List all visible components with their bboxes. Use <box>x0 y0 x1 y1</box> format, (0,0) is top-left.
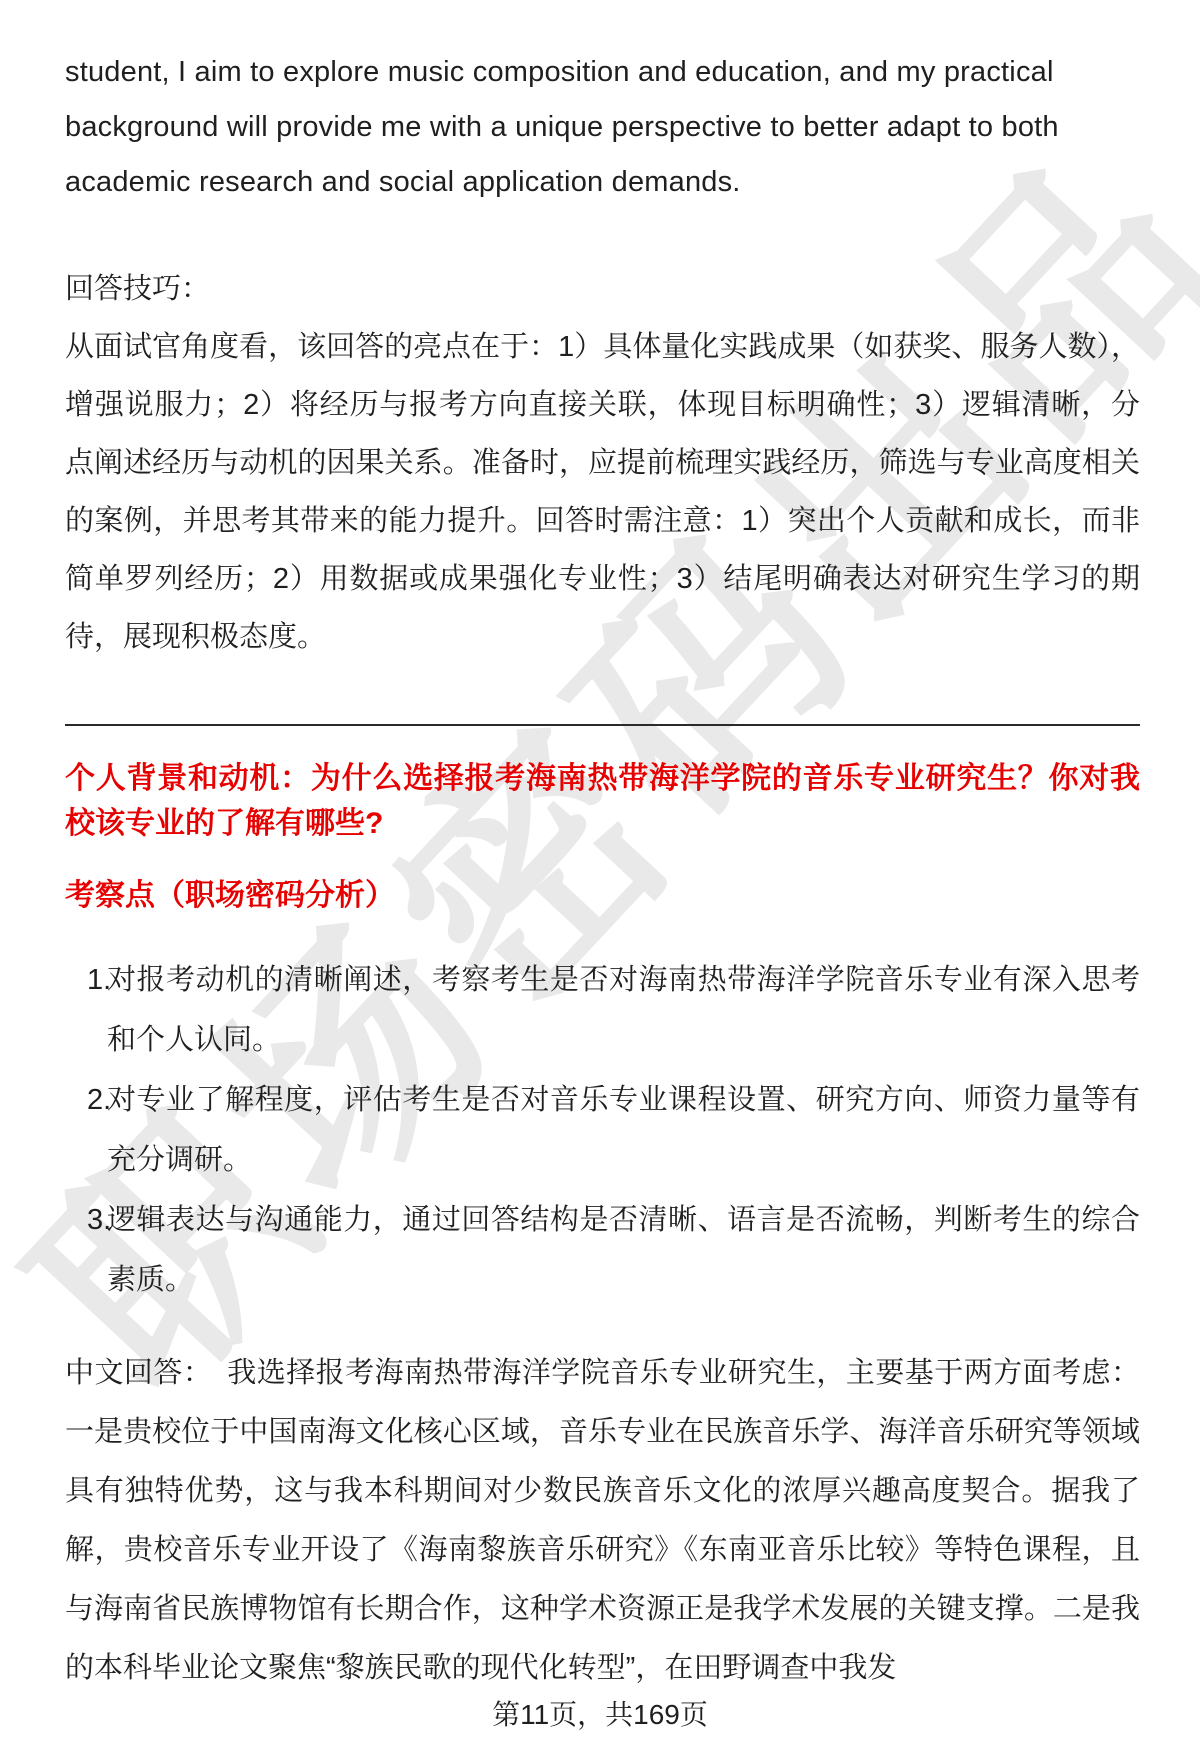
assessment-points-list: 1. 对报考动机的清晰阐述，考察考生是否对海南热带海洋学院音乐专业有深入思考和个… <box>65 950 1140 1310</box>
page-content: student, I aim to explore music composit… <box>0 0 1200 1698</box>
list-item-text: 逻辑表达与沟通能力，通过回答结构是否清晰、语言是否流畅，判断考生的综合素质。 <box>107 1190 1140 1310</box>
answer-tips-body: 从面试官角度看，该回答的亮点在于：1）具体量化实践成果（如获奖、服务人数），增强… <box>65 318 1140 666</box>
list-item-text: 对报考动机的清晰阐述，考察考生是否对海南热带海洋学院音乐专业有深入思考和个人认同… <box>107 950 1140 1070</box>
chinese-answer-paragraph: 中文回答： 我选择报考海南热带海洋学院音乐专业研究生，主要基于两方面考虑：一是贵… <box>65 1344 1140 1698</box>
section-divider <box>65 724 1140 726</box>
question-heading: 个人背景和动机：为什么选择报考海南热带海洋学院的音乐专业研究生？你对我校该专业的… <box>65 756 1140 846</box>
analysis-points-heading: 考察点（职场密码分析） <box>65 874 1140 918</box>
list-item-number: 1. <box>65 950 107 1070</box>
list-item-number: 3. <box>65 1190 107 1310</box>
list-item: 1. 对报考动机的清晰阐述，考察考生是否对海南热带海洋学院音乐专业有深入思考和个… <box>65 950 1140 1070</box>
list-item: 3. 逻辑表达与沟通能力，通过回答结构是否清晰、语言是否流畅，判断考生的综合素质… <box>65 1190 1140 1310</box>
list-item-number: 2. <box>65 1070 107 1190</box>
list-item-text: 对专业了解程度，评估考生是否对音乐专业课程设置、研究方向、师资力量等有充分调研。 <box>107 1070 1140 1190</box>
page-footer: 第11页，共169页 <box>0 1693 1200 1733</box>
document-page: 职场密码出品 student, I aim to explore music c… <box>0 0 1200 1755</box>
answer-tips-label: 回答技巧： <box>65 260 1140 318</box>
english-paragraph: student, I aim to explore music composit… <box>65 45 1140 210</box>
list-item: 2. 对专业了解程度，评估考生是否对音乐专业课程设置、研究方向、师资力量等有充分… <box>65 1070 1140 1190</box>
